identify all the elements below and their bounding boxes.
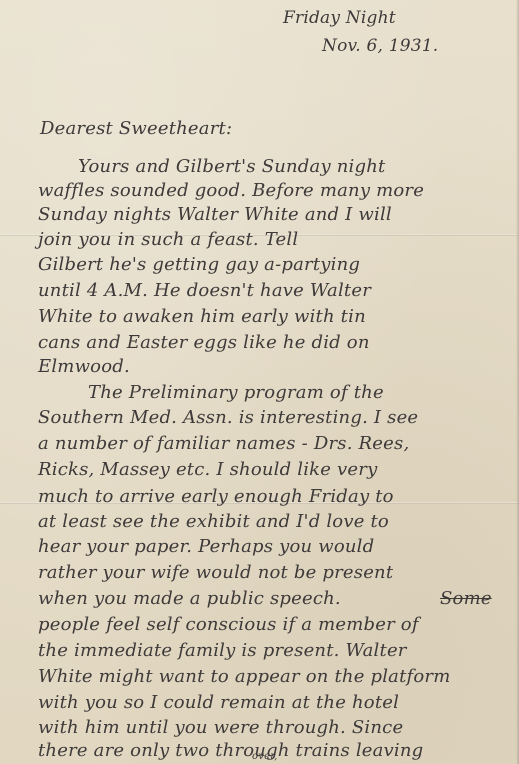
letter-line: until 4 A.M. He doesn't have Walter [38, 280, 371, 301]
letter-line: with you so I could remain at the hotel [38, 692, 399, 713]
letter-line: White might want to appear on the platfo… [38, 666, 451, 687]
letter-date: Nov. 6, 1931. [322, 36, 438, 56]
over-note: over, [252, 751, 277, 762]
letter-line: Sunday nights Walter White and I will [38, 204, 392, 225]
letter-line: join you in such a feast. Tell [38, 229, 298, 250]
letter-line: the immediate family is present. Walter [38, 640, 407, 661]
letter-line: waffles sounded good. Before many more [38, 180, 424, 201]
letter-line: Yours and Gilbert's Sunday night [78, 156, 385, 177]
letter-salutation: Dearest Sweetheart: [40, 118, 232, 139]
letter-line: a number of familiar names - Drs. Rees, [38, 433, 409, 454]
letter-line: White to awaken him early with tin [38, 306, 366, 327]
letter-line: hear your paper. Perhaps you would [38, 536, 374, 557]
letter-line: much to arrive early enough Friday to [38, 486, 394, 507]
letter-line: at least see the exhibit and I'd love to [38, 511, 389, 532]
letter-line: Southern Med. Assn. is interesting. I se… [38, 407, 418, 428]
letter-line: rather your wife would not be present [38, 562, 393, 583]
letter-line: when you made a public speech. [38, 588, 341, 609]
letter-line: people feel self conscious if a member o… [38, 614, 419, 635]
letter-day: Friday Night [283, 8, 396, 28]
letter-line: Ricks, Massey etc. I should like very [38, 459, 377, 480]
letter-line: with him until you were through. Since [38, 717, 403, 738]
struck-word: Some [440, 588, 492, 609]
letter-line: cans and Easter eggs like he did on [38, 332, 370, 353]
letter-line: The Preliminary program of the [88, 382, 384, 403]
letter-page: Friday Night Nov. 6, 1931. Dearest Sweet… [0, 0, 519, 764]
letter-line: Gilbert he's getting gay a-partying [38, 254, 360, 275]
letter-line: Elmwood. [38, 356, 130, 377]
letter-line: there are only two through trains leavin… [38, 740, 423, 761]
